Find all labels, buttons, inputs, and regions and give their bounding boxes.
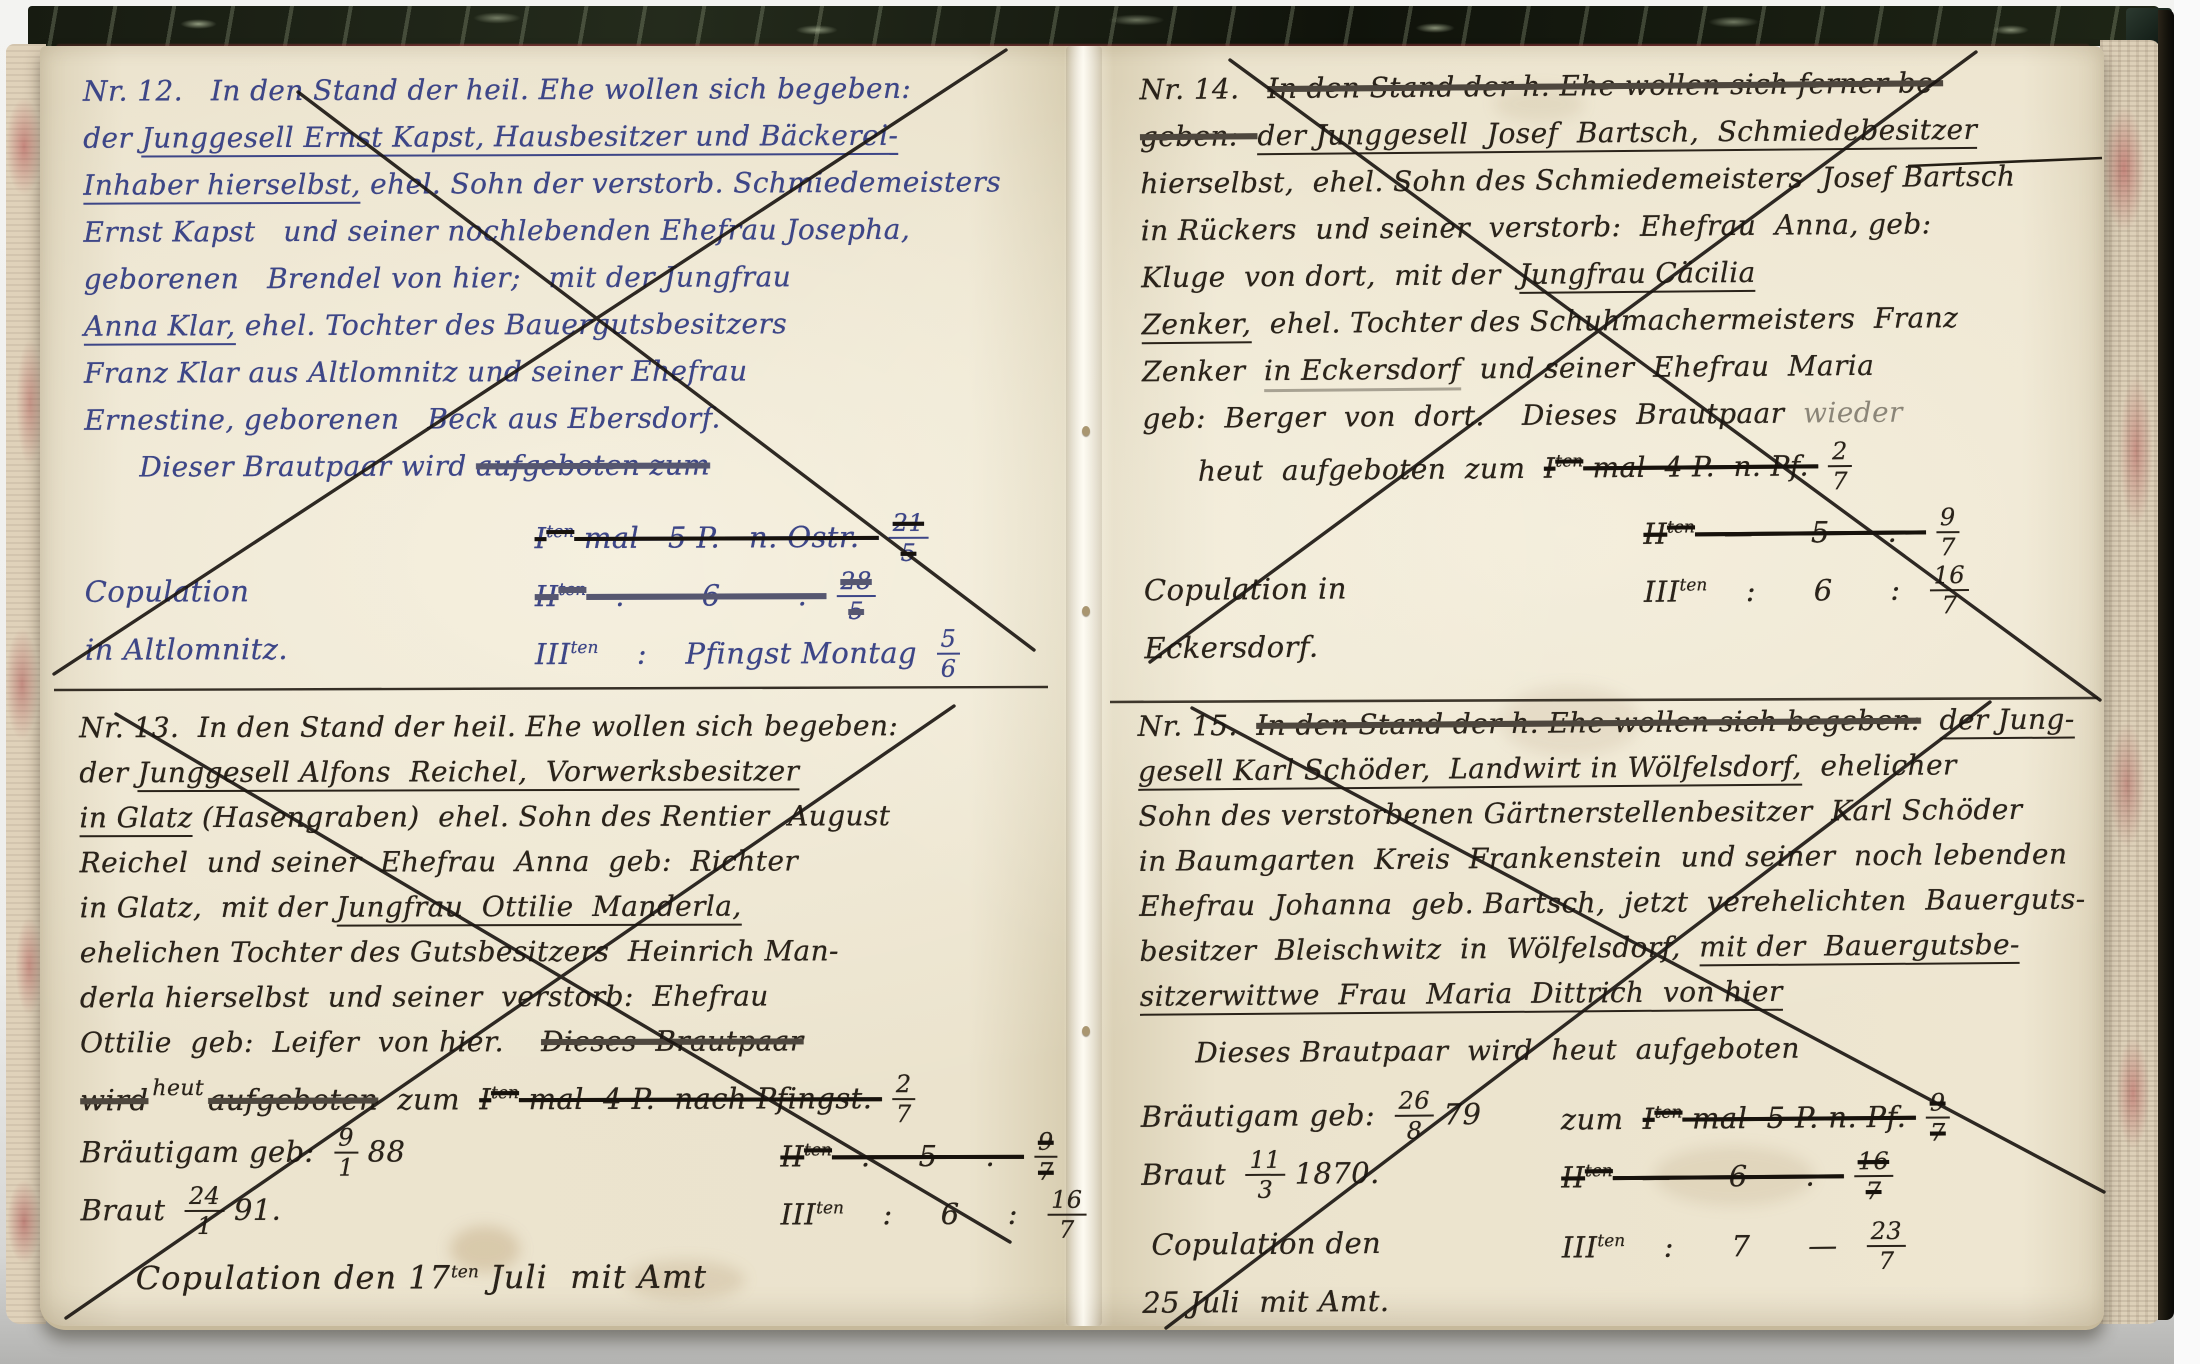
line-text: Nr. 12. In den Stand der heil. Ehe wolle…	[83, 72, 911, 108]
register-entry-nr12: Nr. 12. In den Stand der heil. Ehe wolle…	[83, 64, 1065, 678]
line-text: sitzerwittwe Frau Maria Dittrich von hie…	[1140, 975, 1783, 1016]
line-text: Braut 113 1870.	[1141, 1156, 1380, 1192]
text-run: der	[83, 122, 142, 155]
handwritten-line: CopulationIIten . 6 . 285	[85, 559, 1065, 620]
line-text: Nr. 14. In den Stand der h. Ehe wollen s…	[1139, 66, 1943, 106]
text-run: ten	[558, 580, 586, 600]
handwritten-line: Eckersdorf.	[1144, 611, 2110, 677]
handwritten-line: Inhaber hierselbst, ehel. Sohn der verst…	[83, 158, 1063, 208]
text-run: der Jung-	[1939, 702, 2074, 739]
line-text: Copulation den	[1142, 1226, 1382, 1262]
text-run: ehel. Tochter des Bauergutsbesitzers	[235, 307, 787, 342]
text-run: ten	[1679, 575, 1707, 595]
line-text: Ernestine, geborenen Beck aus Ebersdorf.	[84, 401, 721, 436]
text-run: mal 5 P. n. Ostr.	[574, 520, 879, 555]
line-text: Braut 241 91.	[81, 1193, 282, 1228]
text-run: mit der Bauergutsbe-	[1699, 928, 2020, 967]
text-run: Dieser Brautpaar wird	[139, 449, 476, 483]
text-run: In den Stand der h. Ehe wollen sich bege…	[1256, 704, 1921, 742]
text-run: . 5 .	[832, 1139, 1024, 1174]
text-run: : 7 —	[1625, 1228, 1857, 1264]
line-text: Zenker in Eckersdorf und seiner Ehefrau …	[1142, 349, 1875, 392]
line-text: Inhaber hierselbst, ehel. Sohn der verst…	[83, 166, 1001, 205]
handwritten-line: Nr. 14. In den Stand der h. Ehe wollen s…	[1139, 58, 2105, 113]
line-text: Zenker, ehel. Tochter des Schuhmachermei…	[1141, 301, 1958, 344]
text-run: ten	[1667, 517, 1695, 537]
banns-column: IIIten : 7 — 237	[1562, 1210, 1907, 1277]
text-run: ten	[571, 638, 599, 658]
text-run: 79	[1434, 1097, 1482, 1131]
text-run: Junggesell Ernst Kapst, Hausbesitzer und…	[142, 119, 899, 158]
line-text: besitzer Bleischwitz in Wölfelsdorf, mit…	[1139, 928, 2020, 968]
text-run: ten	[451, 1262, 479, 1282]
text-run: Jungfrau Cäcilia	[1519, 256, 1756, 294]
text-run: Juli mit Amt	[479, 1258, 707, 1297]
handwritten-line: Nr. 12. In den Stand der heil. Ehe wolle…	[83, 64, 1063, 114]
banns-column: IIIten : 6 : 167	[780, 1179, 1086, 1244]
text-run: III	[1644, 575, 1680, 609]
text-run: Reichel und seiner Ehefrau Anna geb: Ric…	[80, 844, 799, 879]
handwritten-line: 25 Juli mit Amt.	[1142, 1266, 2117, 1332]
text-run: wieder	[1803, 396, 1903, 430]
handwritten-line: Copulation den 17ten Juli mit Amt	[81, 1249, 1071, 1297]
text-run: ten	[1654, 1103, 1682, 1123]
book-gutter	[1066, 46, 1102, 1326]
text-run: 25 Juli mit Amt.	[1142, 1284, 1389, 1320]
date-fraction: 167	[1047, 1188, 1086, 1242]
line-text: ehelichen Tochter des Gutsbesitzers Hein…	[80, 934, 839, 969]
text-run: Zenker,	[1141, 307, 1251, 344]
text-run: ten	[491, 1083, 519, 1103]
handwritten-line: der Junggesell Alfons Reichel, Vorwerksb…	[79, 748, 1069, 796]
text-run: Nr. 14.	[1139, 72, 1267, 106]
date-fraction: 97	[1936, 505, 1960, 559]
banns-column: zum Iten mal 5 P. n. Pf. 97	[1561, 1081, 1950, 1148]
text-run: heut aufgeboten zum	[1198, 452, 1544, 488]
text-run: geben:	[1140, 119, 1258, 153]
text-run: in Eckersdorf	[1264, 352, 1461, 392]
text-run: mal 4 P. nach Pfingst.	[519, 1081, 882, 1116]
handwritten-line: in Rückers und seiner verstorb: Ehefrau …	[1141, 199, 2107, 254]
text-run: in Rückers und seiner verstorb: Ehefrau …	[1141, 207, 1932, 247]
text-run: wird	[80, 1083, 148, 1117]
handwritten-line: heut aufgeboten zum Iten mal 4 P. n. Pf.…	[1143, 434, 2109, 489]
line-text: Kluge von dort, mit der Jungfrau Cäcilia	[1141, 256, 1756, 294]
handwritten-line: in Altlomnitz.IIIten : Pfingst Montag 56	[85, 617, 1065, 678]
text-run: Eckersdorf.	[1144, 630, 1318, 666]
date-fraction: 241	[185, 1184, 224, 1238]
banns-column: IIten — 5 . 97	[1643, 496, 1960, 563]
handwritten-line: Nr. 13. In den Stand der heil. Ehe wolle…	[79, 703, 1069, 751]
handwritten-line: Dieses Brautpaar wird heut aufgeboten	[1140, 1023, 2115, 1076]
text-run: Nr. 12. In den Stand der heil. Ehe wolle…	[83, 72, 911, 108]
line-text: geb: Berger von dort. Dieses Brautpaar w…	[1142, 396, 1903, 436]
handwritten-line: hierselbst, ehel. Sohn des Schmiedemeist…	[1140, 152, 2106, 207]
text-run: Ernst Kapst und seiner nochlebenden Ehef…	[83, 213, 910, 249]
text-run: Copulation den 17	[136, 1258, 451, 1297]
line-text: Anna Klar, ehel. Tochter des Bauergutsbe…	[84, 307, 787, 345]
text-run: In den Stand der h. Ehe wollen sich fern…	[1267, 66, 1943, 105]
text-run: Jungfrau Ottilie Manderla,	[336, 890, 741, 927]
text-run: derla hierselbst und seiner verstorb: Eh…	[80, 979, 769, 1014]
line-text: gesell Karl Schöder, Landwirt in Wölfels…	[1138, 748, 1957, 790]
book-cover-top-edge	[28, 6, 2160, 46]
date-fraction: 268	[1395, 1089, 1435, 1143]
handwritten-line: Braut 113 1870.IIten — 6 . 167	[1141, 1138, 2116, 1204]
handwritten-line: Copulation denIIIten : 7 — 237	[1142, 1208, 2117, 1274]
handwritten-line: Sohn des verstorbenen Gärtnerstellenbesi…	[1138, 786, 2113, 839]
scanned-register-photo: { "colors":{"blue_ink":"#3d4687","black_…	[0, 0, 2200, 1364]
handwritten-line: Reichel und seiner Ehefrau Anna geb: Ric…	[80, 838, 1070, 886]
text-run: : 6 :	[844, 1197, 1037, 1232]
text-run: ten	[816, 1198, 844, 1218]
text-run: Bräutigam geb:	[80, 1135, 324, 1170]
banns-column: IIten . 6 . 285	[535, 560, 876, 625]
handwritten-line: geb: Berger von dort. Dieses Brautpaar w…	[1142, 387, 2108, 442]
handwritten-line: Franz Klar aus Altlomnitz und seiner Ehe…	[84, 346, 1064, 396]
text-run: Junggesell Alfons Reichel, Vorwerksbesit…	[138, 754, 800, 792]
handwritten-line: geben: der Junggesell Josef Bartsch, Sch…	[1140, 105, 2106, 160]
line-text: Dieser Brautpaar wird aufgeboten zum	[139, 449, 710, 484]
binding-stitch	[1082, 606, 1090, 616]
register-entry-nr14: Nr. 14. In den Stand der h. Ehe wollen s…	[1139, 58, 2110, 677]
text-run: in Baumgarten Kreis Frankenstein und sei…	[1139, 838, 2068, 878]
line-text: Dieses Brautpaar wird heut aufgeboten	[1195, 1032, 1800, 1070]
line-text: geborenen Brendel von hier; mit der Jung…	[84, 260, 792, 295]
date-fraction: 113	[1245, 1148, 1285, 1202]
text-run: geborenen Brendel von hier; mit der Jung…	[84, 260, 792, 295]
line-text: 25 Juli mit Amt.	[1142, 1284, 1389, 1320]
text-run: ten	[1585, 1161, 1613, 1181]
text-run: und seiner Ehefrau Maria	[1461, 349, 1875, 386]
text-run: ten	[1597, 1231, 1625, 1251]
handwritten-line: geborenen Brendel von hier; mit der Jung…	[84, 252, 1064, 302]
handwritten-line: in Baumgarten Kreis Frankenstein und sei…	[1139, 831, 2114, 884]
text-run	[1921, 704, 1940, 737]
line-text: wirdheutaufgeboten zum Iten mal 4 P. nac…	[80, 1081, 915, 1117]
handwritten-line: der Junggesell Ernst Kapst, Hausbesitzer…	[83, 111, 1063, 161]
text-run: in Glatz, mit der	[80, 891, 337, 925]
line-text: Copulation	[85, 574, 250, 609]
text-run: Ottilie geb: Leifer von hier.	[80, 1025, 541, 1059]
handwritten-line: Kluge von dort, mit der Jungfrau Cäcilia	[1141, 246, 2107, 301]
handwritten-line: in Glatz (Hasengraben) ehel. Sohn des Re…	[79, 793, 1069, 841]
text-run: Ernestine, geborenen Beck aus Ebersdorf.	[84, 401, 721, 436]
handwritten-line: gesell Karl Schöder, Landwirt in Wölfels…	[1138, 741, 2113, 794]
banns-column: Iten mal 5 P. n. Ostr. 215	[534, 502, 928, 567]
book-cover-right-edge	[2158, 10, 2174, 1320]
text-run: 88	[358, 1134, 405, 1168]
text-run: der	[79, 756, 137, 789]
line-text: in Glatz (Hasengraben) ehel. Sohn des Re…	[79, 799, 890, 837]
date-fraction: 97	[1034, 1130, 1058, 1184]
text-run: ehelicher	[1802, 748, 1957, 782]
text-run: Nr. 13. In den Stand der heil. Ehe wolle…	[79, 709, 898, 744]
text-run: II	[1561, 1160, 1585, 1194]
date-fraction: 27	[1828, 439, 1852, 493]
text-run: 1870.	[1285, 1156, 1380, 1191]
banns-column: IIten — 6 . 167	[1561, 1140, 1893, 1207]
line-text: Eckersdorf.	[1144, 630, 1318, 666]
handwritten-line: IIten — 5 . 97	[1143, 495, 2109, 561]
text-run: 91.	[224, 1193, 281, 1227]
handwritten-line: Bräutigam geb: 268 79zum Iten mal 5 P. n…	[1141, 1080, 2116, 1146]
handwritten-line: in Glatz, mit der Jungfrau Ottilie Mande…	[80, 883, 1070, 931]
text-run: in Glatz	[79, 801, 192, 837]
handwritten-line: Bräutigam geb: 91 88IIten . 5 . 97	[80, 1121, 1070, 1182]
text-run: zum	[1561, 1102, 1643, 1137]
handwritten-line: derla hierselbst und seiner verstorb: Eh…	[80, 973, 1070, 1021]
handwritten-line: Anna Klar, ehel. Tochter des Bauergutsbe…	[84, 299, 1064, 349]
line-text: Ehefrau Johanna geb. Bartsch, jetzt vere…	[1139, 882, 2086, 922]
line-text: in Baumgarten Kreis Frankenstein und sei…	[1139, 838, 2068, 878]
line-text: Bräutigam geb: 268 79	[1141, 1097, 1482, 1134]
text-run: Copulation in	[1144, 571, 1347, 607]
handwritten-line: besitzer Bleischwitz in Wölfelsdorf, mit…	[1139, 921, 2114, 974]
line-text: Reichel und seiner Ehefrau Anna geb: Ric…	[80, 844, 799, 879]
text-run: II	[535, 579, 559, 613]
text-run: Copulation	[85, 574, 250, 609]
date-fraction: 27	[892, 1072, 916, 1126]
text-run: Dieses Brautpaar wird heut aufgeboten	[1195, 1032, 1800, 1070]
date-fraction: 91	[334, 1126, 358, 1180]
line-text: Franz Klar aus Altlomnitz und seiner Ehe…	[84, 354, 748, 389]
handwritten-line: Zenker, ehel. Tochter des Schuhmachermei…	[1141, 293, 2107, 348]
register-entry-nr13: Nr. 13. In den Stand der heil. Ehe wolle…	[79, 703, 1071, 1297]
handwritten-line: Ernst Kapst und seiner nochlebenden Ehef…	[83, 205, 1063, 255]
date-fraction: 56	[937, 627, 961, 681]
text-run: Dieses Brautpaar	[541, 1024, 804, 1058]
text-run: (Hasengraben) ehel. Sohn des Rentier Aug…	[193, 799, 891, 834]
text-run: Ehefrau Johanna geb. Bartsch, jetzt vere…	[1139, 882, 2086, 922]
text-run: Sohn des verstorbenen Gärtnerstellenbesi…	[1138, 793, 2022, 833]
text-run: gesell Karl Schöder, Landwirt in Wölfels…	[1138, 750, 1802, 791]
text-run: — 5 .	[1695, 514, 1926, 550]
line-text: Nr. 13. In den Stand der heil. Ehe wolle…	[79, 709, 898, 744]
text-run: : Pfingst Montag	[598, 636, 926, 671]
handwritten-line: Copulation inIIIten : 6 : 167	[1144, 553, 2110, 619]
date-fraction: 237	[1867, 1219, 1907, 1273]
text-run: — 6 .	[1613, 1158, 1844, 1194]
handwritten-line: Ernestine, geborenen Beck aus Ebersdorf.	[84, 393, 1064, 443]
text-run: ten	[546, 522, 574, 542]
banns-column: IIIten : Pfingst Montag 56	[535, 618, 961, 683]
text-run: Franz Klar aus Altlomnitz und seiner Ehe…	[84, 354, 748, 389]
line-text: in Glatz, mit der Jungfrau Ottilie Mande…	[80, 890, 742, 927]
text-run: ten	[1555, 451, 1583, 471]
date-fraction: 167	[1929, 563, 1969, 617]
text-run: mal 4 P. n. Pf.	[1583, 449, 1818, 484]
line-text: Sohn des verstorbenen Gärtnerstellenbesi…	[1138, 793, 2022, 833]
text-run: heut	[152, 1060, 204, 1118]
text-run: Copulation den	[1142, 1226, 1382, 1262]
text-run: ten	[804, 1140, 832, 1160]
handwritten-line: Braut 241 91.IIIten : 6 : 167	[80, 1179, 1070, 1240]
text-run: Anna Klar,	[84, 309, 236, 346]
banns-column: IIIten : 6 : 167	[1644, 554, 1970, 621]
line-text: Ottilie geb: Leifer von hier. Dieses Bra…	[80, 1024, 804, 1059]
date-fraction: 215	[889, 511, 929, 565]
text-run: hierselbst, ehel. Sohn des Schmiedemeist…	[1140, 160, 2015, 201]
text-run: I	[535, 521, 547, 555]
handwritten-line: Dieser Brautpaar wird aufgeboten zum	[84, 440, 1064, 490]
handwritten-line: Iten mal 5 P. n. Ostr. 215	[84, 501, 1064, 562]
text-run: der Junggesell Josef Bartsch, Schmiedebe…	[1257, 113, 1977, 155]
text-run: I	[1544, 452, 1556, 485]
date-fraction: 167	[1854, 1149, 1894, 1203]
text-run: : 6 :	[1707, 572, 1920, 608]
handwritten-line: Ehefrau Johanna geb. Bartsch, jetzt vere…	[1139, 876, 2114, 929]
line-text: heut aufgeboten zum Iten mal 4 P. n. Pf.…	[1198, 449, 1852, 488]
text-run: II	[780, 1139, 804, 1173]
handwritten-line: wirdheutaufgeboten zum Iten mal 4 P. nac…	[80, 1063, 1070, 1124]
line-text: Copulation den 17ten Juli mit Amt	[136, 1258, 708, 1297]
register-entry-nr15: Nr. 15. In den Stand der h. Ehe wollen s…	[1138, 696, 2118, 1332]
text-run: . 6 .	[586, 578, 826, 613]
text-run: ehelichen Tochter des Gutsbesitzers Hein…	[80, 934, 839, 969]
handwritten-line: sitzerwittwe Frau Maria Dittrich von hie…	[1140, 966, 2115, 1019]
line-text: der Junggesell Ernst Kapst, Hausbesitzer…	[83, 119, 898, 158]
banns-column: IIten . 5 . 97	[780, 1121, 1057, 1186]
text-run: in Altlomnitz.	[85, 632, 288, 667]
text-run: besitzer Bleischwitz in Wölfelsdorf,	[1139, 930, 1699, 967]
line-text: Bräutigam geb: 91 88	[80, 1134, 405, 1169]
line-text: in Rückers und seiner verstorb: Ehefrau …	[1141, 207, 1932, 247]
text-run: III	[535, 637, 571, 671]
date-fraction: 285	[836, 569, 876, 623]
text-run: aufgeboten	[208, 1083, 378, 1117]
line-text: der Junggesell Alfons Reichel, Vorwerksb…	[79, 754, 799, 792]
line-text: Ernst Kapst und seiner nochlebenden Ehef…	[83, 213, 910, 249]
text-run: geb: Berger von dort. Dieses Brautpaar	[1142, 396, 1803, 435]
binding-stitch	[1082, 426, 1090, 436]
line-text: geben: der Junggesell Josef Bartsch, Sch…	[1140, 113, 1978, 155]
open-register-book: Nr. 12. In den Stand der heil. Ehe wolle…	[0, 0, 2200, 1364]
text-run: ehel. Sohn der verstorb. Schmiedemeister…	[361, 166, 1001, 201]
handwritten-line: Nr. 15. In den Stand der h. Ehe wollen s…	[1138, 696, 2113, 749]
text-run: I	[479, 1082, 491, 1116]
text-run: III	[781, 1197, 817, 1231]
handwritten-line: Ottilie geb: Leifer von hier. Dieses Bra…	[80, 1018, 1070, 1066]
handwritten-line: ehelichen Tochter des Gutsbesitzers Hein…	[80, 928, 1070, 976]
text-run: Inhaber hierselbst,	[83, 168, 361, 205]
binding-stitch	[1082, 1026, 1090, 1036]
text-run: III	[1562, 1230, 1598, 1264]
line-text: derla hierselbst und seiner verstorb: Eh…	[80, 979, 769, 1014]
handwritten-line: Zenker in Eckersdorf und seiner Ehefrau …	[1142, 340, 2108, 395]
text-run: Braut	[1141, 1157, 1236, 1192]
text-run: Nr. 15.	[1138, 709, 1257, 743]
text-run: I	[1643, 1102, 1655, 1136]
line-text: in Altlomnitz.	[85, 632, 288, 667]
text-run: Braut	[81, 1193, 176, 1227]
line-text: Copulation in	[1144, 571, 1347, 607]
text-run: Bräutigam geb:	[1141, 1098, 1385, 1134]
text-run: aufgeboten zum	[476, 449, 710, 483]
line-text: Nr. 15. In den Stand der h. Ehe wollen s…	[1138, 702, 2075, 742]
text-run: Kluge von dort, mit der	[1141, 258, 1519, 294]
text-run: zum	[378, 1082, 479, 1116]
text-run: Zenker	[1142, 354, 1264, 388]
text-run: II	[1643, 517, 1667, 551]
date-fraction: 97	[1926, 1090, 1950, 1144]
text-run: sitzerwittwe Frau Maria Dittrich von hie…	[1140, 975, 1783, 1016]
text-run: ehel. Tochter des Schuhmachermeisters Fr…	[1251, 301, 1958, 340]
line-text: hierselbst, ehel. Sohn des Schmiedemeist…	[1140, 160, 2015, 201]
text-run: mal 5 P. n. Pf.	[1682, 1100, 1916, 1136]
